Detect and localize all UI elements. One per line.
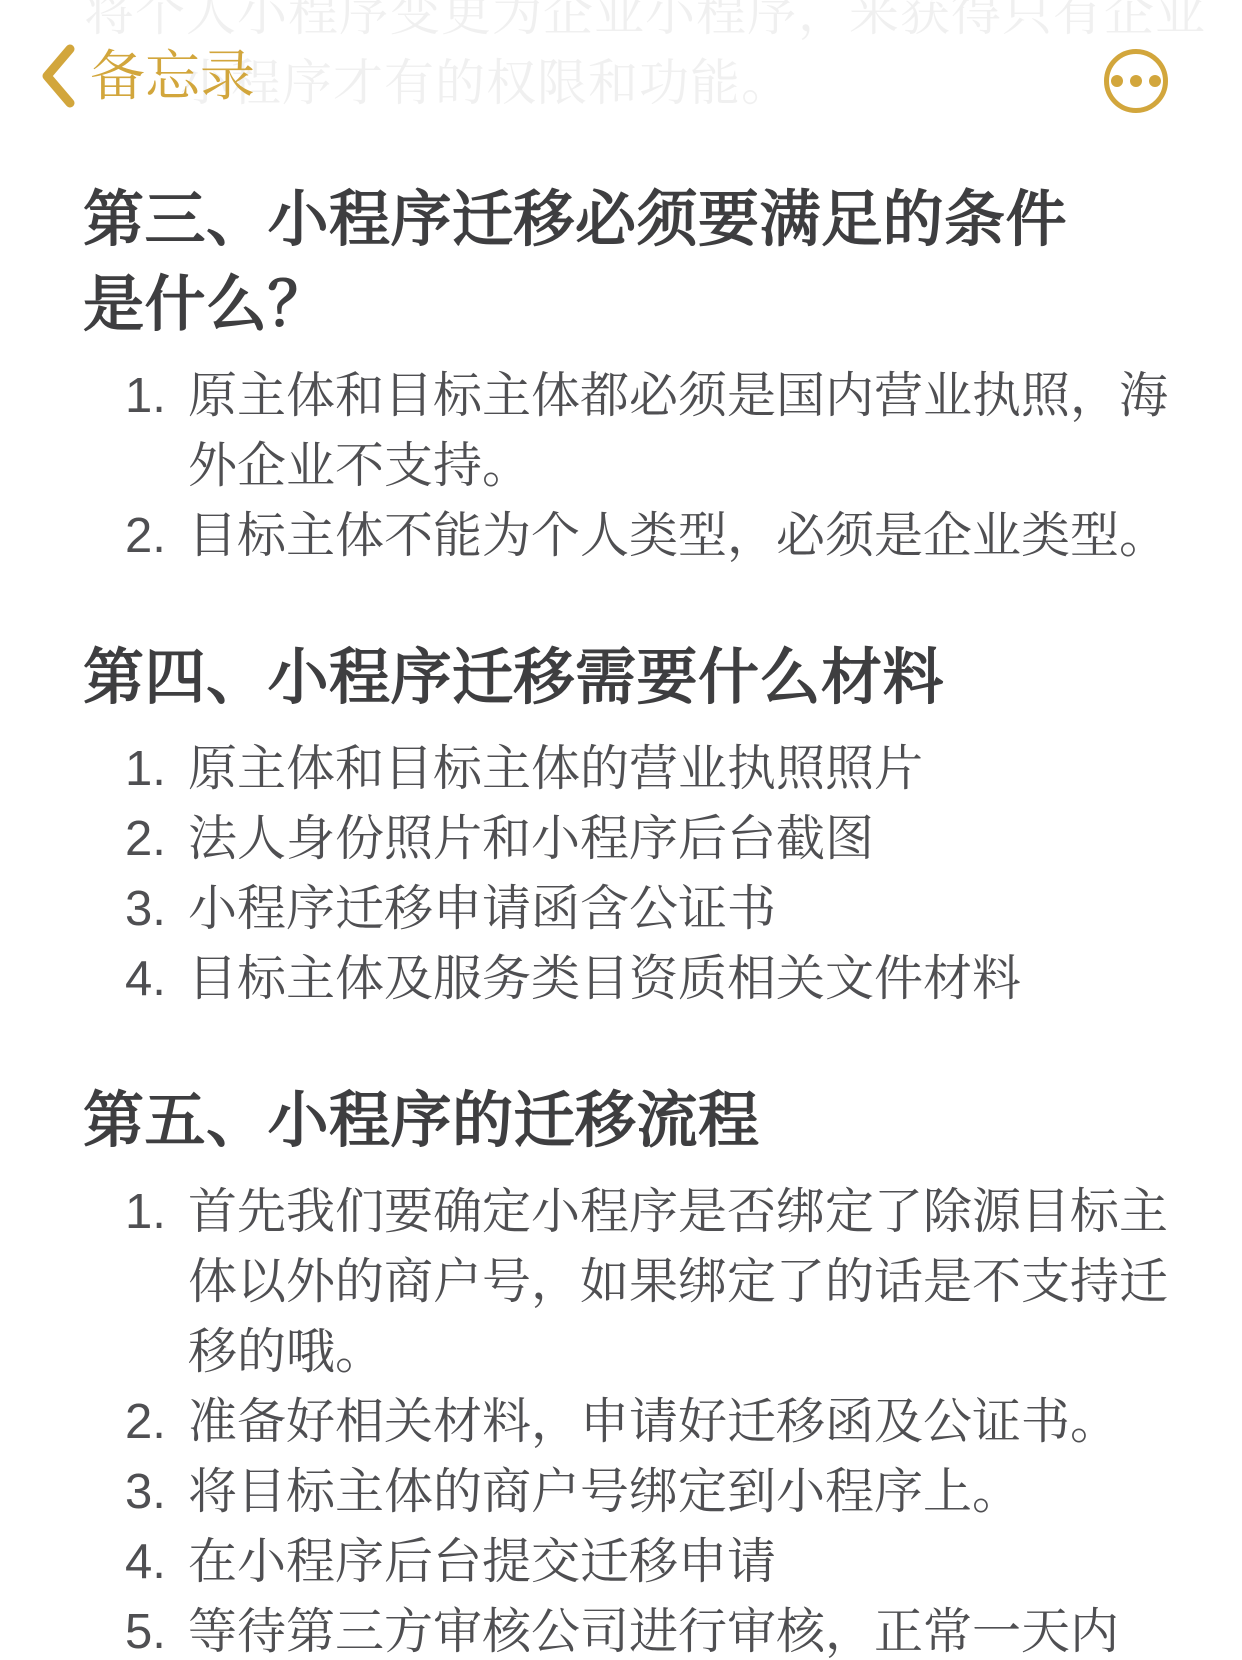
list-item-text: 小程序迁移申请函含公证书 <box>188 874 1170 944</box>
list-item: 2.目标主体不能为个人类型，必须是企业类型。 <box>83 501 1193 571</box>
list-item-text: 在小程序后台提交迁移申请 <box>188 1527 1170 1597</box>
note-section-5: 第五、小程序的迁移流程 1.首先我们要确定小程序是否绑定了除源目标主体以外的商户… <box>83 1078 1193 1660</box>
section-heading: 第五、小程序的迁移流程 <box>83 1078 1083 1163</box>
list-item-text: 等待第三方审核公司进行审核，正常一天内 <box>188 1597 1170 1660</box>
list-item: 2.法人身份照片和小程序后台截图 <box>83 804 1193 874</box>
list-item-number: 1. <box>125 361 188 501</box>
back-button-label: 备忘录 <box>90 44 255 108</box>
ellipsis-circle-icon <box>1104 49 1168 113</box>
list-item-number: 1. <box>125 1177 188 1387</box>
numbered-list: 1.首先我们要确定小程序是否绑定了除源目标主体以外的商户号，如果绑定了的话是不支… <box>83 1177 1193 1660</box>
list-item: 1.原主体和目标主体都必须是国内营业执照，海外企业不支持。 <box>83 361 1193 501</box>
list-item: 1.原主体和目标主体的营业执照照片 <box>83 734 1193 804</box>
chevron-left-icon <box>40 44 76 108</box>
list-item-number: 1. <box>125 734 188 804</box>
ellipsis-dot <box>1130 75 1142 87</box>
list-item: 3.将目标主体的商户号绑定到小程序上。 <box>83 1457 1193 1527</box>
list-item: 4.在小程序后台提交迁移申请 <box>83 1527 1193 1597</box>
list-item-text: 准备好相关材料，申请好迁移函及公证书。 <box>188 1387 1170 1457</box>
navigation-bar: 备忘录 <box>0 0 1242 145</box>
ellipsis-dot <box>1111 75 1123 87</box>
list-item-number: 3. <box>125 1457 188 1527</box>
list-item: 2.准备好相关材料，申请好迁移函及公证书。 <box>83 1387 1193 1457</box>
ellipsis-dot <box>1149 75 1161 87</box>
list-item-number: 3. <box>125 874 188 944</box>
list-item-text: 目标主体及服务类目资质相关文件材料 <box>188 944 1170 1014</box>
numbered-list: 1.原主体和目标主体都必须是国内营业执照，海外企业不支持。2.目标主体不能为个人… <box>83 361 1193 571</box>
list-item-number: 2. <box>125 1387 188 1457</box>
list-item-number: 2. <box>125 501 188 571</box>
list-item: 3.小程序迁移申请函含公证书 <box>83 874 1193 944</box>
list-item: 5.等待第三方审核公司进行审核，正常一天内 <box>83 1597 1193 1660</box>
list-item-number: 2. <box>125 804 188 874</box>
list-item: 4.目标主体及服务类目资质相关文件材料 <box>83 944 1193 1014</box>
list-item-text: 首先我们要确定小程序是否绑定了除源目标主体以外的商户号，如果绑定了的话是不支持迁… <box>188 1177 1170 1387</box>
section-heading: 第四、小程序迁移需要什么材料 <box>83 635 1083 720</box>
list-item-text: 目标主体不能为个人类型，必须是企业类型。 <box>188 501 1170 571</box>
notes-app-screen: 将个人小程序变更为企业小程序，来获得只有企业 小程序才有的权限和功能。 备忘录 … <box>0 0 1242 1660</box>
note-content[interactable]: 第三、小程序迁移必须要满足的条件是什么？ 1.原主体和目标主体都必须是国内营业执… <box>83 150 1193 1660</box>
list-item-text: 法人身份照片和小程序后台截图 <box>188 804 1170 874</box>
list-item-number: 5. <box>125 1597 188 1660</box>
numbered-list: 1.原主体和目标主体的营业执照照片2.法人身份照片和小程序后台截图3.小程序迁移… <box>83 734 1193 1014</box>
list-item-text: 原主体和目标主体的营业执照照片 <box>188 734 1170 804</box>
back-button[interactable]: 备忘录 <box>40 44 255 108</box>
section-heading: 第三、小程序迁移必须要满足的条件是什么？ <box>83 177 1083 347</box>
list-item-number: 4. <box>125 944 188 1014</box>
list-item: 1.首先我们要确定小程序是否绑定了除源目标主体以外的商户号，如果绑定了的话是不支… <box>83 1177 1193 1387</box>
list-item-number: 4. <box>125 1527 188 1597</box>
list-item-text: 将目标主体的商户号绑定到小程序上。 <box>188 1457 1170 1527</box>
list-item-text: 原主体和目标主体都必须是国内营业执照，海外企业不支持。 <box>188 361 1170 501</box>
note-section-4: 第四、小程序迁移需要什么材料 1.原主体和目标主体的营业执照照片2.法人身份照片… <box>83 635 1193 1014</box>
more-options-button[interactable] <box>1104 49 1168 113</box>
note-section-3: 第三、小程序迁移必须要满足的条件是什么？ 1.原主体和目标主体都必须是国内营业执… <box>83 177 1193 571</box>
